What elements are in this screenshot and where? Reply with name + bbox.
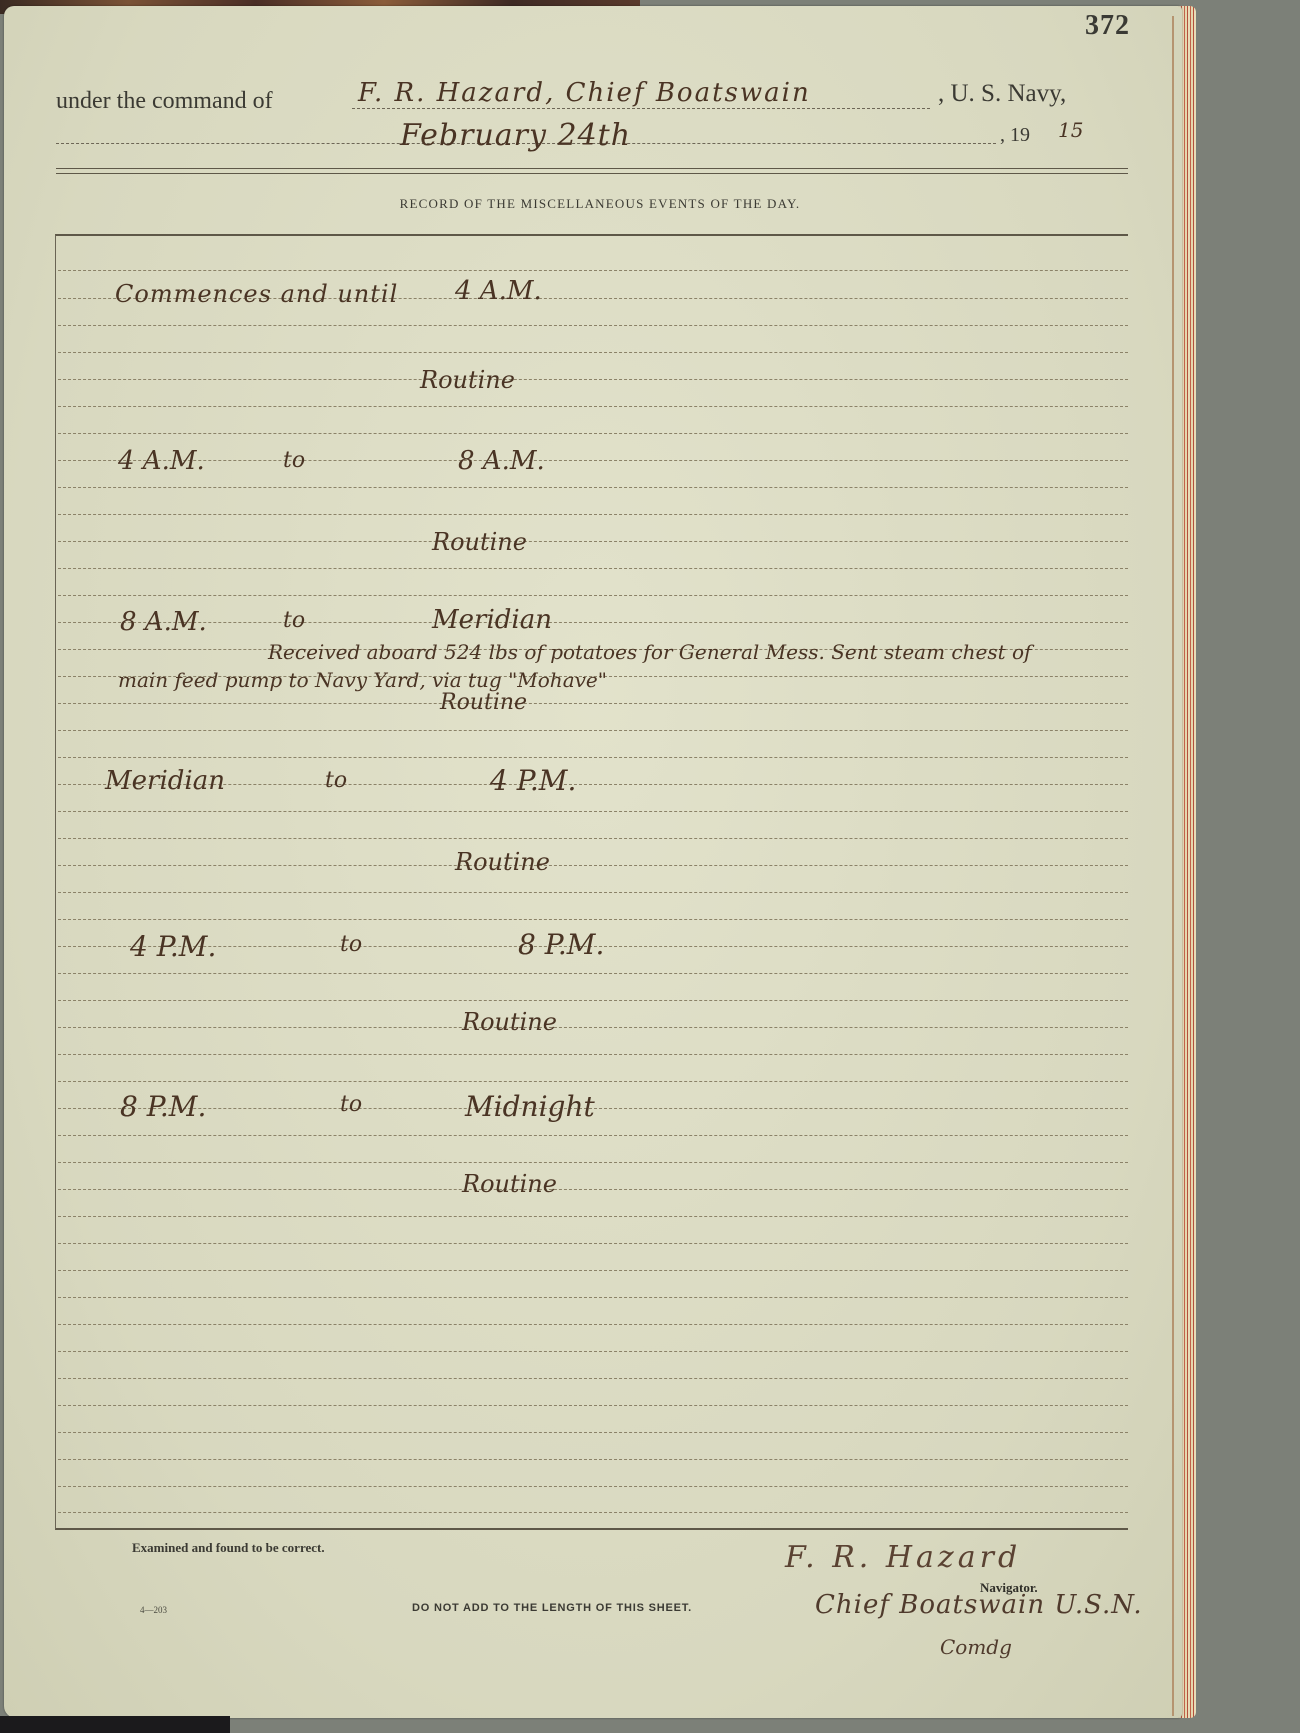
entry-remark: Routine bbox=[462, 1170, 557, 1198]
events-log-box bbox=[55, 234, 1128, 1530]
entry-note-line-1: Received aboard 524 lbs of potatoes for … bbox=[268, 640, 1031, 664]
section-title: RECORD OF THE MISCELLANEOUS EVENTS OF TH… bbox=[0, 196, 1200, 212]
entry-until: 8 A.M. bbox=[458, 446, 545, 476]
entry-from: 4 A.M. bbox=[118, 446, 205, 476]
entry-until: 4 P.M. bbox=[490, 764, 576, 797]
ruled-line bbox=[58, 1189, 1128, 1190]
ruled-line bbox=[58, 973, 1128, 974]
ruled-line bbox=[58, 1459, 1128, 1460]
page-number: 372 bbox=[1085, 10, 1130, 42]
entry-remark: Routine bbox=[455, 848, 550, 876]
ruled-line bbox=[58, 270, 1128, 271]
length-warning: DO NOT ADD TO THE LENGTH OF THIS SHEET. bbox=[412, 1602, 692, 1614]
examined-label: Examined and found to be correct. bbox=[132, 1540, 325, 1556]
ruled-line bbox=[58, 1081, 1128, 1082]
ruled-line bbox=[58, 811, 1128, 812]
ruled-line bbox=[58, 541, 1128, 542]
ruled-line bbox=[58, 595, 1128, 596]
commander-line bbox=[352, 108, 930, 109]
ruled-line bbox=[58, 1270, 1128, 1271]
entry-remark: Routine bbox=[462, 1008, 557, 1036]
ruled-line bbox=[58, 568, 1128, 569]
navigator-signature: F. R. Hazard bbox=[785, 1540, 1021, 1575]
ruled-line bbox=[58, 1432, 1128, 1433]
year-handwritten: 15 bbox=[1058, 118, 1083, 142]
ruled-line bbox=[58, 1512, 1128, 1513]
entry-to-word: to bbox=[340, 932, 362, 957]
ruled-line bbox=[58, 433, 1128, 434]
entry-remark: Routine bbox=[432, 528, 527, 556]
commander-handwritten: F. R. Hazard, Chief Boatswain bbox=[358, 78, 811, 108]
entry-from: 8 P.M. bbox=[120, 1090, 206, 1123]
entry-from: 8 A.M. bbox=[120, 607, 207, 637]
ruled-line bbox=[58, 1216, 1128, 1217]
signature-suffix: Comdg bbox=[940, 1635, 1012, 1659]
header-double-rule bbox=[56, 168, 1128, 174]
entry-until: Meridian bbox=[432, 605, 552, 635]
ruled-line bbox=[58, 1297, 1128, 1298]
ruled-line bbox=[58, 892, 1128, 893]
page-edge-rule bbox=[1172, 16, 1174, 1716]
entry-from: 4 P.M. bbox=[130, 930, 216, 963]
entry-until: 8 P.M. bbox=[518, 928, 604, 961]
ruled-line bbox=[58, 622, 1128, 623]
entry-until: Midnight bbox=[465, 1090, 595, 1123]
ruled-line bbox=[58, 1027, 1128, 1028]
ruled-line bbox=[58, 919, 1128, 920]
ruled-line bbox=[58, 325, 1128, 326]
ruled-line bbox=[58, 1486, 1128, 1487]
ruled-line bbox=[58, 1000, 1128, 1001]
ruled-line bbox=[58, 1351, 1128, 1352]
entry-remark: Routine bbox=[420, 366, 515, 394]
ruled-line bbox=[58, 865, 1128, 866]
signature-title: Chief Boatswain U.S.N. bbox=[815, 1590, 1143, 1620]
ruled-line bbox=[58, 1054, 1128, 1055]
date-handwritten: February 24th bbox=[400, 118, 631, 153]
ruled-line bbox=[58, 1324, 1128, 1325]
ruled-line bbox=[58, 1243, 1128, 1244]
ruled-line bbox=[58, 406, 1128, 407]
ruled-line bbox=[58, 1378, 1128, 1379]
ruled-line bbox=[58, 730, 1128, 731]
year-printed: , 19 bbox=[1000, 124, 1030, 147]
ruled-line bbox=[58, 514, 1128, 515]
entry-to-word: to bbox=[325, 768, 347, 793]
entry-from: Meridian bbox=[105, 766, 225, 796]
ruled-line bbox=[58, 460, 1128, 461]
entry-to-word: to bbox=[283, 608, 305, 633]
ruled-line bbox=[58, 838, 1128, 839]
ruled-line bbox=[58, 1135, 1128, 1136]
entry-until: 4 A.M. bbox=[455, 276, 542, 306]
entry-remark: Routine bbox=[440, 690, 527, 715]
entry-to-word: to bbox=[283, 448, 305, 473]
ruled-line bbox=[58, 703, 1128, 704]
form-number: 4—203 bbox=[140, 1605, 167, 1615]
ruled-line bbox=[58, 352, 1128, 353]
ruled-line bbox=[58, 379, 1128, 380]
command-label: under the command of bbox=[56, 88, 273, 115]
ruled-line bbox=[58, 487, 1128, 488]
service-label: , U. S. Navy, bbox=[938, 80, 1066, 108]
ruled-line bbox=[58, 757, 1128, 758]
ruled-line bbox=[58, 1405, 1128, 1406]
entry-from: Commences and until bbox=[115, 280, 398, 308]
entry-to-word: to bbox=[340, 1092, 362, 1117]
ruled-line bbox=[58, 1162, 1128, 1163]
book-cover-bottom bbox=[0, 1716, 230, 1733]
entry-note-line-2: main feed pump to Navy Yard, via tug "Mo… bbox=[118, 668, 607, 692]
